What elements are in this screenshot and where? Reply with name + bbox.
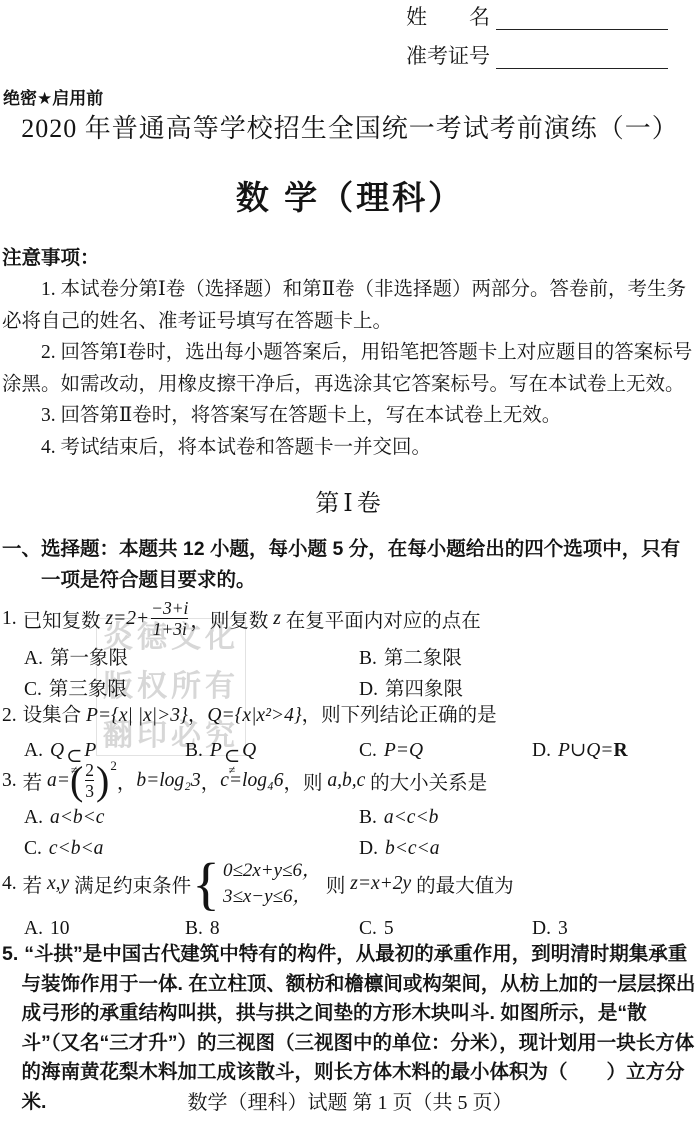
fraction-numerator: −3+i [151, 598, 188, 618]
constraint-2: 3≤x−y≤6， [223, 884, 321, 910]
name-field-row: 姓 名 [406, 4, 668, 30]
notice-item-1: 1. 本试卷分第Ⅰ卷（选择题）和第Ⅱ卷（非选择题）两部分。答卷前，考生务必将自己… [2, 274, 696, 337]
stem-text: ，则复数 [190, 605, 273, 633]
option-letter: B. [185, 918, 203, 939]
option-math: a<c<b [384, 807, 438, 828]
option-letter: C. [24, 838, 42, 859]
option-math: P=Q [384, 740, 423, 761]
name-label: 姓 名 [406, 4, 490, 30]
stem-text: ，则 [284, 767, 328, 795]
secrecy-notice: 绝密★启用前 [3, 84, 103, 109]
option-letter: D. [359, 838, 378, 859]
left-paren: ( [70, 763, 83, 799]
cases-brace: { [192, 859, 220, 908]
math-expression: z=2+ [106, 608, 150, 630]
admission-blank-underline [496, 43, 668, 69]
question-number: 4. [2, 873, 17, 895]
stem-text: ，则下列结论正确的是 [302, 705, 497, 726]
question-2-stem: 2.设集合 P={x| |x|>3}，Q={x|x²>4}，则下列结论正确的是 [2, 701, 696, 731]
option-math: a<b<c [50, 807, 104, 828]
option-math: b<c<a [385, 838, 439, 859]
question-4-stem: 4.若 x,y 满足约束条件{0≤2x+y≤6，3≤x−y≤6， 则 z=x+2… [2, 858, 696, 910]
option-math: c<b<a [49, 838, 103, 859]
question-number: 3. [2, 770, 17, 792]
notice-section: 注意事项： 1. 本试卷分第Ⅰ卷（选择题）和第Ⅱ卷（非选择题）两部分。答卷前，考… [2, 243, 696, 463]
constraint-system: 0≤2x+y≤6，3≤x−y≤6， [223, 858, 321, 910]
name-blank-underline [496, 4, 668, 30]
math-expression: b=log₂3 [136, 770, 200, 792]
question-number: 2. [2, 705, 17, 726]
stem-text: 若 [23, 767, 47, 795]
option-letter: A. [24, 648, 43, 669]
math-expression: z=x+2y [350, 873, 411, 895]
math-expression: Q={x|x²>4} [207, 705, 301, 726]
option-letter: A. [24, 807, 43, 828]
option-letter: C. [359, 918, 377, 939]
option-letter: C. [24, 679, 42, 700]
option-text: 第四象限 [385, 679, 463, 700]
option-letter: B. [359, 648, 377, 669]
option-letter: C. [359, 740, 377, 761]
option-a: A.a<b<c [24, 803, 359, 834]
fraction-denominator: 1+3i [151, 618, 188, 639]
question-number: 5. [2, 943, 18, 965]
fraction-denominator: 3 [85, 780, 94, 801]
option-math: P∪Q= [558, 740, 614, 761]
question-1: 1.已知复数 z=2+−3+i1+3i，则复数 z 在复平面内对应的点在 A.第… [2, 598, 696, 705]
option-text: 8 [210, 918, 220, 939]
option-math: Q [242, 740, 256, 761]
options-row: A.a<b<c B.a<c<b [2, 803, 696, 834]
constraint-1: 0≤2x+y≤6， [223, 858, 321, 884]
option-b: B.a<c<b [359, 803, 696, 834]
stem-text: 已知复数 [23, 605, 106, 633]
question-1-stem: 1.已知复数 z=2+−3+i1+3i，则复数 z 在复平面内对应的点在 [2, 598, 696, 639]
fraction-numerator: 2 [85, 760, 94, 780]
stem-text: ， [117, 767, 137, 795]
math-expression: P={x| |x|>3} [86, 705, 188, 726]
admission-field-row: 准考证号 [406, 43, 668, 69]
option-math: Q [50, 740, 64, 761]
fraction: 23 [85, 760, 94, 801]
stem-text: 若 [23, 870, 47, 898]
option-letter: A. [24, 740, 43, 761]
question-3-stem: 3.若 a=(23)2，b=log₂3，c=log₄6，则 a,b,c 的大小关… [2, 760, 696, 801]
stem-text: 在复平面内对应的点在 [281, 605, 481, 633]
notice-heading: 注意事项： [2, 243, 696, 274]
stem-text: 则 [321, 870, 350, 898]
option-text: 第二象限 [384, 648, 462, 669]
option-math: P [84, 740, 96, 761]
math-variable: z [273, 608, 281, 630]
option-b: B.第二象限 [359, 644, 696, 675]
option-letter: B. [359, 807, 377, 828]
question-4: 4.若 x,y 满足约束条件{0≤2x+y≤6，3≤x−y≤6， 则 z=x+2… [2, 858, 696, 945]
exponent: 2 [110, 758, 117, 774]
notice-item-2: 2. 回答第Ⅰ卷时，选出每小题答案后，用铅笔把答题卡上对应题目的答案标号涂黑。如… [2, 337, 696, 400]
candidate-info-fields: 姓 名 准考证号 [406, 4, 668, 82]
stem-text: 的大小关系是 [365, 767, 487, 795]
math-expression: c=log₄6 [220, 770, 283, 792]
option-text: 5 [384, 918, 394, 939]
subject-title: 数 学（理科） [0, 172, 700, 219]
math-expression: a= [47, 770, 70, 792]
option-text: 第三象限 [49, 679, 127, 700]
page-footer: 数学（理科）试题 第 1 页（共 5 页） [0, 1086, 700, 1115]
notice-item-3: 3. 回答第Ⅱ卷时，将答案写在答题卡上，写在本试卷上无效。 [2, 400, 696, 432]
stem-text: 的最大值为 [411, 870, 513, 898]
option-a: A.第一象限 [24, 644, 359, 675]
option-text: 3 [558, 918, 568, 939]
stem-text: ， [188, 705, 208, 726]
question-number: 1. [2, 608, 17, 630]
stem-text: 满足约束条件 [69, 870, 191, 898]
option-text: 第一象限 [50, 648, 128, 669]
right-paren: ) [96, 763, 109, 799]
math-variables: a,b,c [327, 770, 365, 792]
option-letter: D. [532, 918, 551, 939]
real-numbers-symbol: R [613, 740, 627, 761]
option-math: P [210, 740, 222, 761]
stem-text: ， [201, 767, 221, 795]
option-text: 10 [50, 918, 70, 939]
option-letter: A. [24, 918, 43, 939]
exam-title: 2020 年普通高等学校招生全国统一考试考前演练（一） [0, 108, 700, 145]
option-letter: D. [532, 740, 551, 761]
part1-heading: 第Ⅰ卷 [0, 483, 700, 518]
option-letter: D. [359, 679, 378, 700]
fraction: −3+i1+3i [151, 598, 188, 639]
option-letter: B. [185, 740, 203, 761]
admission-number-label: 准考证号 [406, 43, 490, 69]
math-variables: x,y [47, 873, 69, 895]
exam-paper-page: 炎德文化 版权所有 翻印必究 姓 名 准考证号 绝密★启用前 2020 年普通高… [0, 0, 700, 1135]
stem-text: 设集合 [23, 705, 86, 726]
question-3: 3.若 a=(23)2，b=log₂3，c=log₄6，则 a,b,c 的大小关… [2, 760, 696, 864]
options-row: A.第一象限 B.第二象限 [2, 644, 696, 675]
multiple-choice-instruction: 一、选择题：本题共 12 小题，每小题 5 分，在每小题给出的四个选项中，只有一… [2, 534, 696, 596]
notice-item-4: 4. 考试结束后，将本试卷和答题卡一并交回。 [2, 432, 696, 464]
